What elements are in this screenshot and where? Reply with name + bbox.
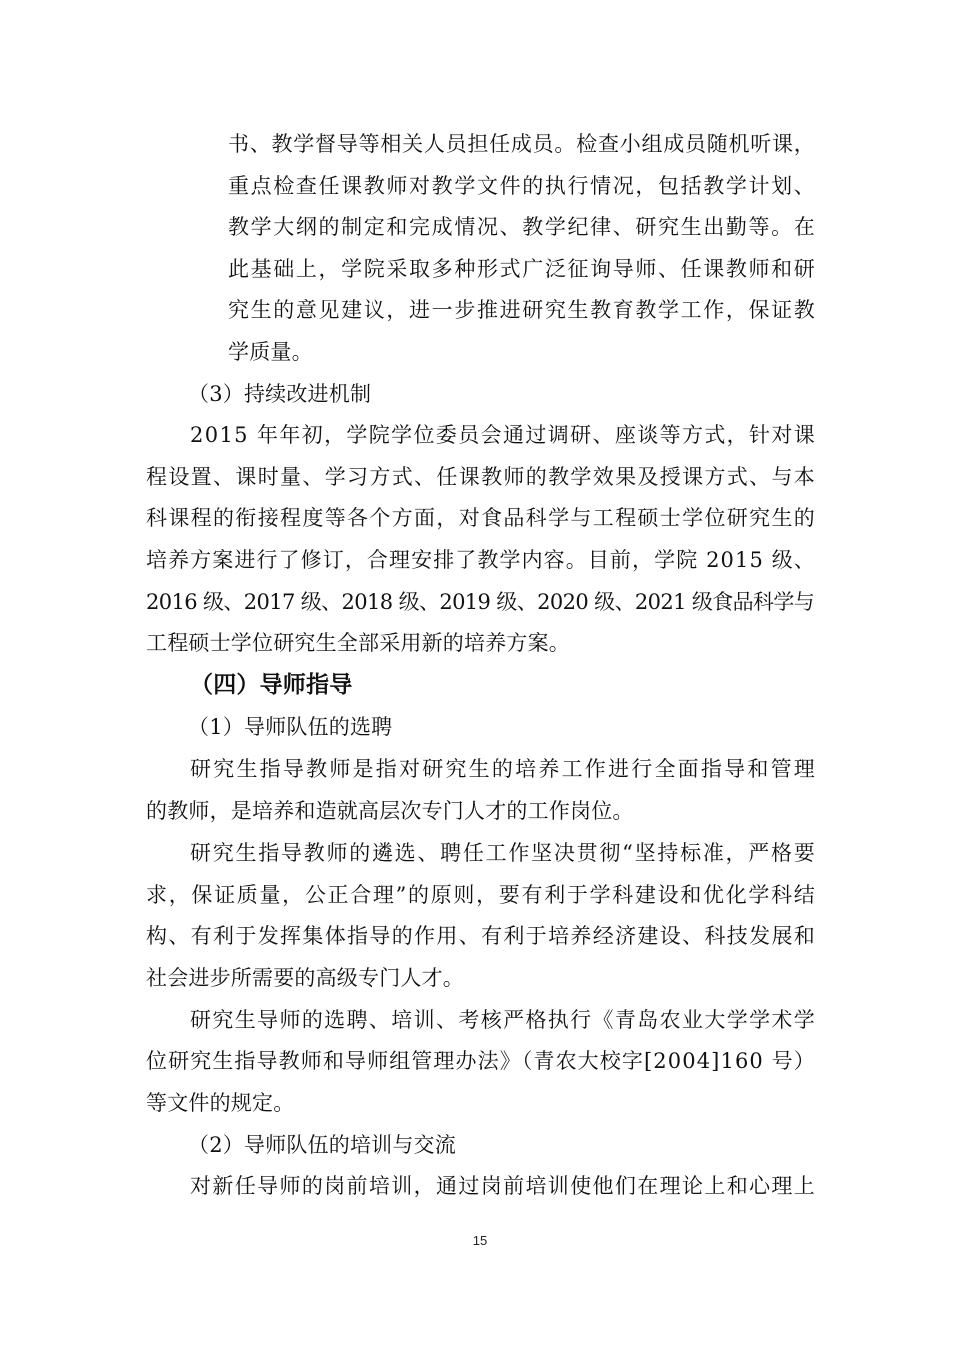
text-line: 位研究生指导教师和导师组管理办法》（青农大校字[2004]160 号）: [146, 1047, 816, 1075]
text-line: 等文件的规定。: [146, 1089, 294, 1117]
page-number: 15: [0, 1233, 960, 1248]
text-line: 对新任导师的岗前培训，通过岗前培训使他们在理论上和心理上: [190, 1172, 816, 1200]
text-line: 教学大纲的制定和完成情况、教学纪律、研究生出勤等。在: [228, 213, 816, 241]
text-line: 书、教学督导等相关人员担任成员。检查小组成员随机听课，: [228, 130, 816, 158]
text-line: 研究生指导教师的遴选、聘任工作坚决贯彻“坚持标准，严格要: [190, 839, 817, 867]
text-line: 此基础上，学院采取多种形式广泛征询导师、任课教师和研: [228, 255, 816, 283]
text-line: 2015 年年初，学院学位委员会通过调研、座谈等方式，针对课: [190, 421, 816, 449]
text-line: 学质量。: [228, 338, 313, 366]
text-line: 研究生指导教师是指对研究生的培养工作进行全面指导和管理: [190, 755, 817, 783]
text-line: （1）导师队伍的选聘: [188, 713, 392, 741]
text-line: 工程硕士学位研究生全部采用新的培养方案。: [146, 629, 570, 657]
text-line: （3）持续改进机制: [188, 380, 371, 408]
text-line: （2）导师队伍的培训与交流: [188, 1131, 456, 1159]
text-line: 的教师，是培养和造就高层次专门人才的工作岗位。: [146, 797, 634, 825]
text-line: 构、有利于发挥集体指导的作用、有利于培养经济建设、科技发展和: [146, 922, 816, 950]
text-line: 科课程的衔接程度等各个方面，对食品科学与工程硕士学位研究生的: [146, 504, 816, 532]
text-line: 社会进步所需要的高级专门人才。: [146, 964, 464, 992]
text-line: 重点检查任课教师对教学文件的执行情况，包括教学计划、: [228, 172, 816, 200]
text-line: 培养方案进行了修订，合理安排了教学内容。目前，学院 2015 级、: [146, 546, 816, 574]
text-line: 究生的意见建议，进一步推进研究生教育教学工作，保证教: [228, 296, 816, 324]
text-line: 程设置、课时量、学习方式、任课教师的教学效果及授课方式、与本: [146, 463, 816, 491]
text-line: 求，保证质量，公正合理”的原则，要有利于学科建设和优化学科结: [146, 881, 817, 909]
text-line: 2016 级、2017 级、2018 级、2019 级、2020 级、2021 …: [146, 588, 814, 616]
section-heading: （四）导师指导: [190, 671, 352, 699]
text-line: 研究生导师的选聘、培训、考核严格执行《青岛农业大学学术学: [190, 1006, 816, 1034]
